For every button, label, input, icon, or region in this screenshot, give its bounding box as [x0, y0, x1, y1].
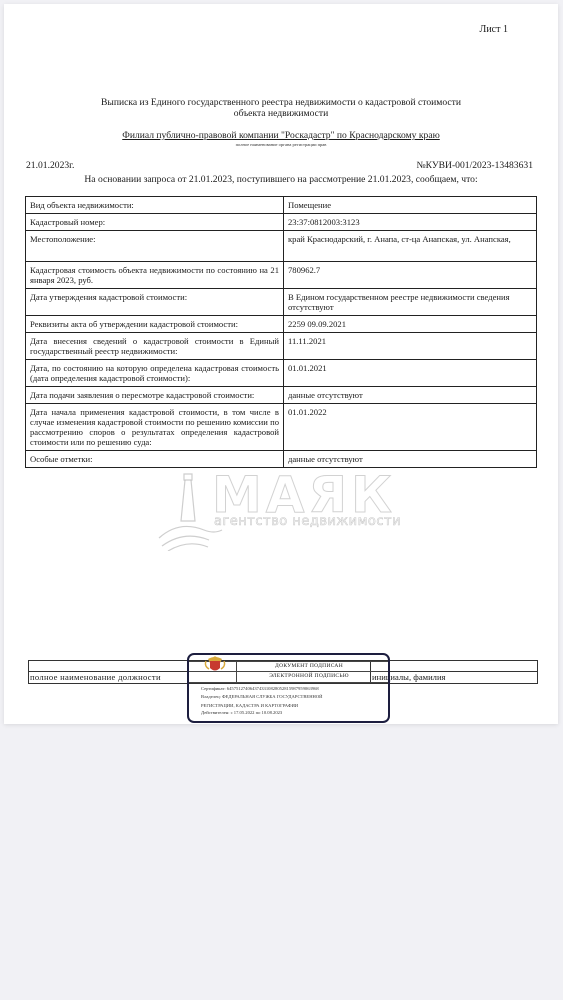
watermark-subtitle: агентство недвижимости [214, 514, 401, 529]
document-number: №КУВИ-001/2023-13483631 [417, 160, 534, 171]
position-caption: полное наименование должности [30, 672, 161, 682]
document-date: 21.01.2023г. [26, 160, 74, 171]
certificate-owner-cont: РЕГИСТРАЦИИ, КАДАСТРА И КАРТОГРАФИИ [201, 703, 298, 708]
table-row: Дата внесения сведений о кадастровой сто… [26, 333, 537, 360]
row-label: Местоположение: [26, 231, 284, 262]
table-row: Кадастровый номер:23:37:0812003:3123 [26, 214, 537, 231]
stamp-title-2: ЭЛЕКТРОННОЙ ПОДПИСЬЮ [239, 673, 379, 679]
organization-caption: полное наименование органа регистрации п… [4, 142, 558, 147]
row-value: край Краснодарский, г. Анапа, ст-ца Анап… [284, 231, 537, 262]
document-title: Выписка из Единого государственного реес… [4, 97, 558, 119]
row-label: Дата утверждения кадастровой стоимости: [26, 289, 284, 316]
row-value: 23:37:0812003:3123 [284, 214, 537, 231]
table-row: Дата утверждения кадастровой стоимости:В… [26, 289, 537, 316]
row-label: Дата внесения сведений о кадастровой сто… [26, 333, 284, 360]
row-label: Реквизиты акта об утверждении кадастрово… [26, 316, 284, 333]
row-value: 01.01.2022 [284, 404, 537, 451]
certificate-owner: Владелец: ФЕДЕРАЛЬНАЯ СЛУЖБА ГОСУДАРСТВЕ… [201, 694, 323, 699]
table-row: Дата, по состоянию на которую определена… [26, 360, 537, 387]
row-label: Кадастровый номер: [26, 214, 284, 231]
organization-name: Филиал публично-правовой компании "Роска… [4, 130, 558, 141]
certificate-number: Сертификат: 6457512740643743310828052815… [201, 686, 319, 691]
table-row: Особые отметки:данные отсутствуют [26, 451, 537, 468]
row-value: 780962.7 [284, 262, 537, 289]
table-row: Местоположение:край Краснодарский, г. Ан… [26, 231, 537, 262]
watermark: МАЯК агентство недвижимости [154, 466, 424, 551]
table-row: Дата подачи заявления о пересмотре кадас… [26, 387, 537, 404]
row-value: 11.11.2021 [284, 333, 537, 360]
table-row: Дата начала применения кадастровой стоим… [26, 404, 537, 451]
table-row: Вид объекта недвижимости:Помещение [26, 197, 537, 214]
row-label: Кадастровая стоимость объекта недвижимос… [26, 262, 284, 289]
row-value: данные отсутствуют [284, 451, 537, 468]
row-label: Вид объекта недвижимости: [26, 197, 284, 214]
row-value: 2259 09.09.2021 [284, 316, 537, 333]
certificate-validity: Действителен: с 17.05.2022 по 10.08.2023 [201, 710, 282, 715]
row-label: Дата подачи заявления о пересмотре кадас… [26, 387, 284, 404]
table-row: Кадастровая стоимость объекта недвижимос… [26, 262, 537, 289]
cadastral-info-table: Вид объекта недвижимости:ПомещениеКадаст… [25, 196, 537, 468]
coat-of-arms-icon [202, 655, 228, 675]
row-value: 01.01.2021 [284, 360, 537, 387]
row-label: Особые отметки: [26, 451, 284, 468]
row-value: данные отсутствуют [284, 387, 537, 404]
sheet-number: Лист 1 [480, 24, 508, 35]
title-line-2: объекта недвижимости [4, 108, 558, 119]
row-value: В Едином государственном реестре недвижи… [284, 289, 537, 316]
table-row: Реквизиты акта об утверждении кадастрово… [26, 316, 537, 333]
document-page: Лист 1 Выписка из Единого государственно… [4, 4, 558, 724]
row-label: Дата начала применения кадастровой стоим… [26, 404, 284, 451]
electronic-signature-stamp: ДОКУМЕНТ ПОДПИСАН ЭЛЕКТРОННОЙ ПОДПИСЬЮ С… [187, 653, 390, 723]
stamp-title-1: ДОКУМЕНТ ПОДПИСАН [239, 663, 379, 669]
watermark-word: МАЯК [212, 466, 396, 524]
title-line-1: Выписка из Единого государственного реес… [4, 97, 558, 108]
row-label: Дата, по состоянию на которую определена… [26, 360, 284, 387]
lighthouse-icon [154, 466, 224, 551]
intro-text: На основании запроса от 21.01.2023, пост… [4, 174, 558, 185]
row-value: Помещение [284, 197, 537, 214]
